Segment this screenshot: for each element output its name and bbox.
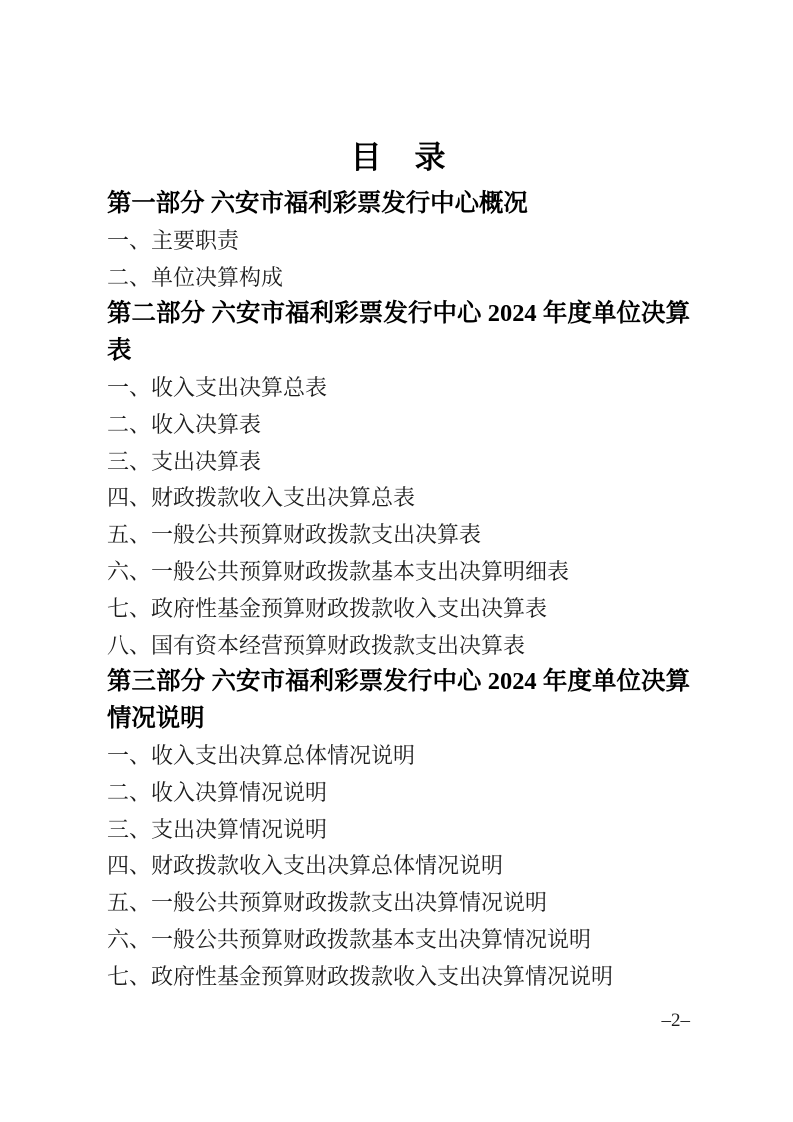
toc-item: 一、收入支出决算总表 bbox=[107, 370, 690, 407]
page-title: 目 录 bbox=[107, 138, 690, 178]
toc-section-heading: 第一部分 六安市福利彩票发行中心概况 bbox=[107, 186, 690, 223]
toc-item: 四、财政拨款收入支出决算总表 bbox=[107, 480, 690, 517]
toc-section: 第一部分 六安市福利彩票发行中心概况 一、主要职责 二、单位决算构成 bbox=[107, 186, 690, 296]
toc-item: 一、收入支出决算总体情况说明 bbox=[107, 738, 690, 775]
table-of-contents: 第一部分 六安市福利彩票发行中心概况 一、主要职责 二、单位决算构成 第二部分 … bbox=[107, 186, 690, 996]
toc-item: 四、财政拨款收入支出决算总体情况说明 bbox=[107, 848, 690, 885]
toc-section-heading: 第三部分 六安市福利彩票发行中心 2024 年度单位决算情况说明 bbox=[107, 664, 690, 738]
toc-item: 八、国有资本经营预算财政拨款支出决算表 bbox=[107, 628, 690, 665]
toc-section: 第三部分 六安市福利彩票发行中心 2024 年度单位决算情况说明 一、收入支出决… bbox=[107, 664, 690, 995]
toc-item: 六、一般公共预算财政拨款基本支出决算情况说明 bbox=[107, 922, 690, 959]
toc-item: 七、政府性基金预算财政拨款收入支出决算表 bbox=[107, 591, 690, 628]
document-page: 目 录 第一部分 六安市福利彩票发行中心概况 一、主要职责 二、单位决算构成 第… bbox=[0, 0, 793, 1122]
toc-item: 三、支出决算表 bbox=[107, 444, 690, 481]
toc-item: 三、支出决算情况说明 bbox=[107, 812, 690, 849]
toc-section: 第二部分 六安市福利彩票发行中心 2024 年度单位决算表 一、收入支出决算总表… bbox=[107, 296, 690, 664]
toc-item: 五、一般公共预算财政拨款支出决算表 bbox=[107, 517, 690, 554]
page-number: –2– bbox=[662, 1006, 691, 1036]
toc-item: 二、单位决算构成 bbox=[107, 260, 690, 297]
toc-item: 二、收入决算表 bbox=[107, 407, 690, 444]
toc-item: 二、收入决算情况说明 bbox=[107, 775, 690, 812]
toc-item: 六、一般公共预算财政拨款基本支出决算明细表 bbox=[107, 554, 690, 591]
toc-section-heading: 第二部分 六安市福利彩票发行中心 2024 年度单位决算表 bbox=[107, 296, 690, 370]
toc-item: 七、政府性基金预算财政拨款收入支出决算情况说明 bbox=[107, 959, 690, 996]
toc-item: 五、一般公共预算财政拨款支出决算情况说明 bbox=[107, 885, 690, 922]
toc-item: 一、主要职责 bbox=[107, 223, 690, 260]
